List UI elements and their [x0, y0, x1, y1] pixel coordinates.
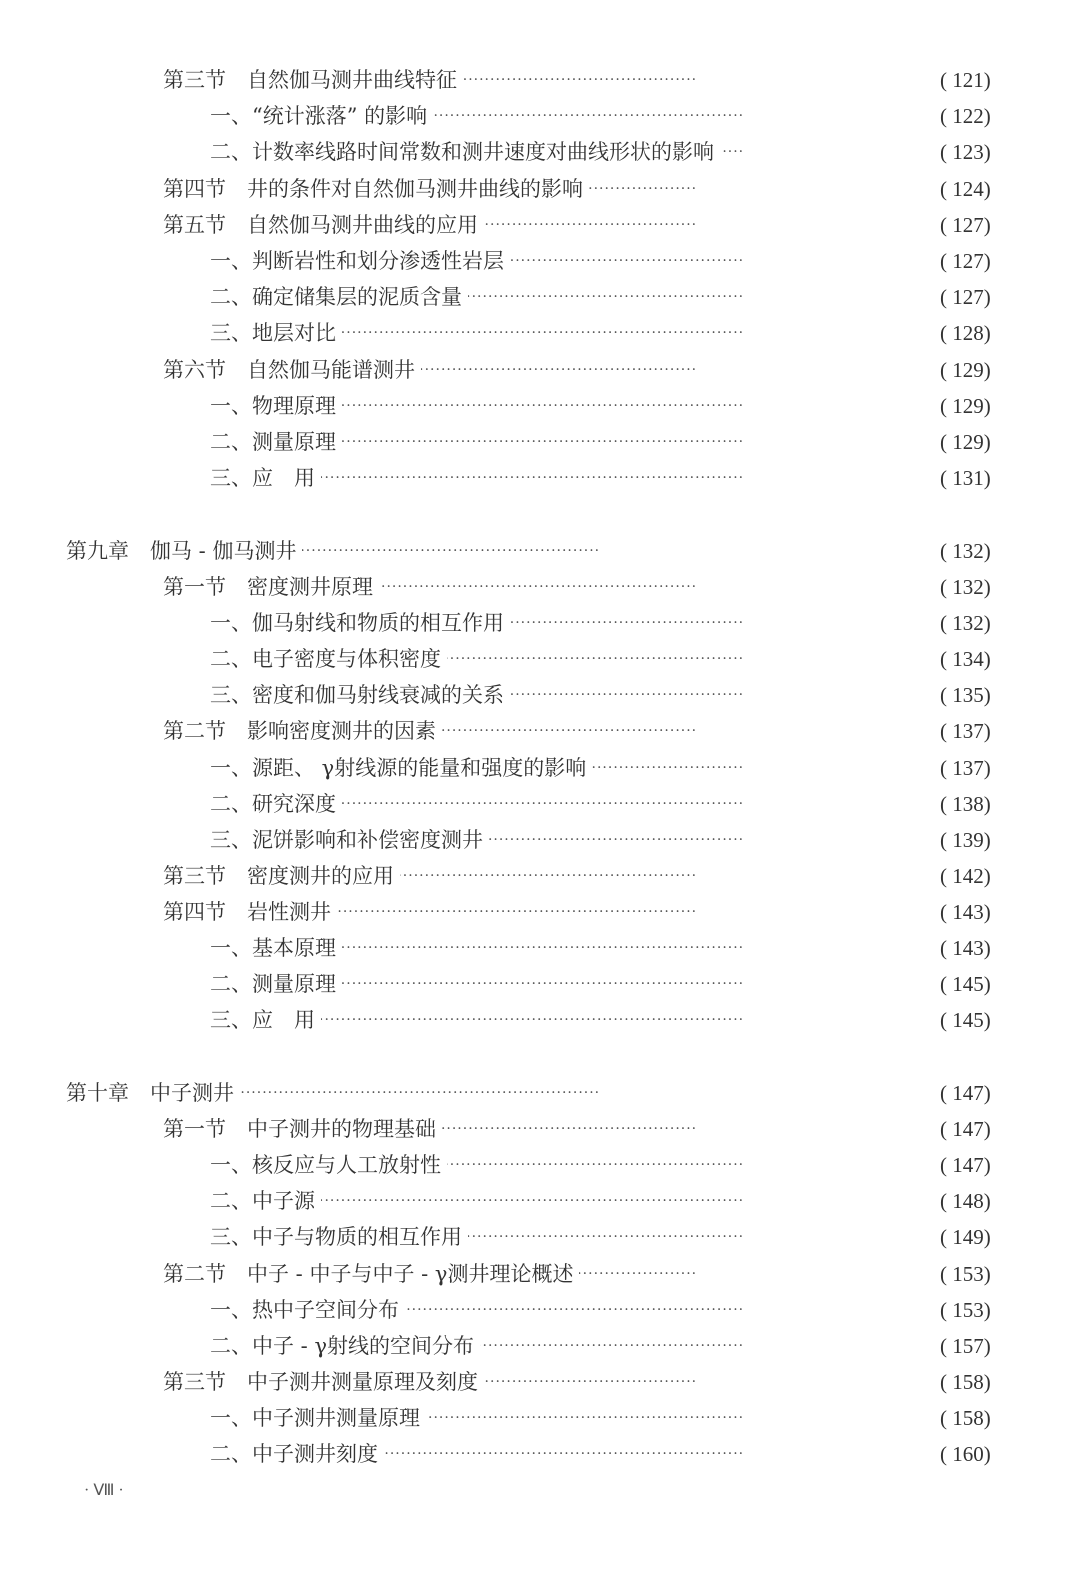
toc-chapter: ········································…: [0, 1075, 1080, 1111]
toc-section: ········································…: [0, 713, 1080, 749]
toc-subsection: ········································…: [0, 677, 1080, 713]
toc-subsection: ········································…: [0, 1219, 1080, 1255]
toc-page-number: ( 132): [940, 605, 991, 641]
toc-entry-title: 一、物理原理: [210, 388, 342, 424]
toc-entry-title: 第一节 密度测井原理: [163, 569, 379, 605]
toc-entry-title: 第十章 中子测井: [66, 1075, 240, 1111]
toc-section: ········································…: [0, 352, 1080, 388]
toc-entry-title: 第三节 自然伽马测井曲线特征: [163, 62, 463, 98]
toc-page-number: ( 128): [940, 315, 991, 351]
toc-subsection: ········································…: [0, 1436, 1080, 1472]
toc-subsection: ········································…: [0, 279, 1080, 315]
toc-page-number: ( 121): [940, 62, 991, 98]
toc-page-number: ( 122): [940, 98, 991, 134]
toc-entry-title: 三、中子与物质的相互作用: [210, 1219, 468, 1255]
toc-page-number: ( 158): [940, 1364, 991, 1400]
toc-section: ········································…: [0, 1364, 1080, 1400]
toc-entry-title: 三、地层对比: [210, 315, 342, 351]
toc-section: ········································…: [0, 1256, 1080, 1292]
toc-page-number: ( 145): [940, 1002, 991, 1038]
toc-entry-title: 第三节 中子测井测量原理及刻度: [163, 1364, 484, 1400]
toc-entry-title: 第二节 中子 - 中子与中子 - γ测井理论概述: [163, 1256, 579, 1292]
toc-page-number: ( 123): [940, 134, 991, 170]
toc-entry-title: 第四节 岩性测井: [163, 894, 337, 930]
toc-section: ········································…: [0, 171, 1080, 207]
toc-page-number: ( 153): [940, 1292, 991, 1328]
toc-entry-title: 二、中子源: [210, 1183, 321, 1219]
toc-subsection: ········································…: [0, 460, 1080, 496]
page-number: · Ⅷ ·: [84, 1480, 124, 1500]
toc-page-number: ( 127): [940, 207, 991, 243]
toc-entry-title: 二、中子测井刻度: [210, 1436, 384, 1472]
toc-page-number: ( 129): [940, 388, 991, 424]
toc-page-number: ( 143): [940, 930, 991, 966]
toc-subsection: ········································…: [0, 134, 1080, 170]
toc-page-number: ( 138): [940, 786, 991, 822]
toc-subsection: ········································…: [0, 1147, 1080, 1183]
toc-subsection: ········································…: [0, 1292, 1080, 1328]
toc-entry-title: 第四节 井的条件对自然伽马测井曲线的影响: [163, 171, 589, 207]
toc-entry-title: 第六节 自然伽马能谱测井: [163, 352, 421, 388]
toc-entry-title: 三、密度和伽马射线衰减的关系: [210, 677, 510, 713]
toc-page-number: ( 149): [940, 1219, 991, 1255]
toc-page-number: ( 147): [940, 1111, 991, 1147]
toc-subsection: ········································…: [0, 750, 1080, 786]
toc-entry-title: 三、泥饼影响和补偿密度测井: [210, 822, 489, 858]
toc-subsection: ········································…: [0, 822, 1080, 858]
toc-entry-title: 一、源距、 γ射线源的能量和强度的影响: [210, 750, 592, 786]
toc-subsection: ········································…: [0, 1002, 1080, 1038]
toc-subsection: ········································…: [0, 605, 1080, 641]
toc-entry-title: 三、应 用: [210, 460, 321, 496]
toc-entry-title: 第九章 伽马 - 伽马测井: [66, 533, 302, 569]
toc-section: ········································…: [0, 858, 1080, 894]
toc-entry-title: 第一节 中子测井的物理基础: [163, 1111, 442, 1147]
toc-section: ········································…: [0, 894, 1080, 930]
toc-page-number: ( 132): [940, 569, 991, 605]
toc-entry-title: 一、基本原理: [210, 930, 342, 966]
toc-subsection: ········································…: [0, 930, 1080, 966]
toc-entry-title: 一、中子测井测量原理: [210, 1400, 426, 1436]
toc-page-number: ( 153): [940, 1256, 991, 1292]
toc-subsection: ········································…: [0, 966, 1080, 1002]
toc-entry-title: 一、判断岩性和划分渗透性岩层: [210, 243, 510, 279]
toc-page-number: ( 143): [940, 894, 991, 930]
toc-page-number: ( 139): [940, 822, 991, 858]
toc-entry-title: 第二节 影响密度测井的因素: [163, 713, 442, 749]
toc-entry-title: 一、伽马射线和物质的相互作用: [210, 605, 510, 641]
toc-page-number: ( 160): [940, 1436, 991, 1472]
toc-entry-title: 二、计数率线路时间常数和测井速度对曲线形状的影响: [210, 134, 720, 170]
toc-subsection: ········································…: [0, 1400, 1080, 1436]
toc-entry-title: 二、测量原理: [210, 966, 342, 1002]
toc-section: ········································…: [0, 569, 1080, 605]
toc-subsection: ········································…: [0, 1183, 1080, 1219]
toc-subsection: ········································…: [0, 388, 1080, 424]
toc-entry-title: 二、确定储集层的泥质含量: [210, 279, 468, 315]
toc-entry-title: 二、测量原理: [210, 424, 342, 460]
toc-entry-title: 二、电子密度与体积密度: [210, 641, 447, 677]
toc-chapter: ········································…: [0, 533, 1080, 569]
toc-page-number: ( 147): [940, 1075, 991, 1111]
toc-page-number: ( 137): [940, 750, 991, 786]
toc-subsection: ········································…: [0, 243, 1080, 279]
toc-entry-title: 二、研究深度: [210, 786, 342, 822]
toc-subsection: ········································…: [0, 424, 1080, 460]
toc-page-number: ( 148): [940, 1183, 991, 1219]
toc-entry-title: 三、应 用: [210, 1002, 321, 1038]
toc-section: ········································…: [0, 62, 1080, 98]
toc-entry-title: 一、“统计涨落” 的影响: [210, 98, 433, 134]
toc-subsection: ········································…: [0, 315, 1080, 351]
toc-entry-title: 第五节 自然伽马测井曲线的应用: [163, 207, 484, 243]
toc-page-number: ( 127): [940, 243, 991, 279]
toc-section: ········································…: [0, 207, 1080, 243]
toc-page-number: ( 157): [940, 1328, 991, 1364]
toc-page-number: ( 129): [940, 352, 991, 388]
toc-page-number: ( 129): [940, 424, 991, 460]
toc-subsection: ········································…: [0, 1328, 1080, 1364]
toc-subsection: ········································…: [0, 98, 1080, 134]
toc-page-number: ( 134): [940, 641, 991, 677]
toc-page-number: ( 124): [940, 171, 991, 207]
toc-entry-title: 一、核反应与人工放射性: [210, 1147, 447, 1183]
toc-page-number: ( 137): [940, 713, 991, 749]
toc-page-number: ( 147): [940, 1147, 991, 1183]
toc-page-number: ( 127): [940, 279, 991, 315]
toc-entry-title: 一、热中子空间分布: [210, 1292, 405, 1328]
toc-subsection: ········································…: [0, 786, 1080, 822]
toc-page-number: ( 142): [940, 858, 991, 894]
toc-subsection: ········································…: [0, 641, 1080, 677]
toc-entry-title: 二、中子 - γ射线的空间分布: [210, 1328, 480, 1364]
toc-page-number: ( 158): [940, 1400, 991, 1436]
toc-page-number: ( 132): [940, 533, 991, 569]
toc-entry-title: 第三节 密度测井的应用: [163, 858, 400, 894]
toc-page-number: ( 131): [940, 460, 991, 496]
toc-page-number: ( 145): [940, 966, 991, 1002]
toc-page-number: ( 135): [940, 677, 991, 713]
toc-section: ········································…: [0, 1111, 1080, 1147]
